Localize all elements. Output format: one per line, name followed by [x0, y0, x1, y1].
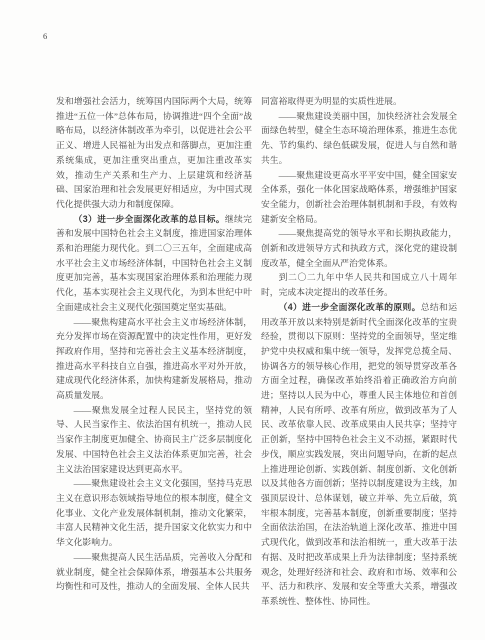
paragraph: 发和增强社会活力，统筹国内国际两个大局，统筹推进“五位一体”总体布局，协调推进“…: [56, 94, 252, 212]
text-columns: 发和增强社会活力，统筹国内国际两个大局，统筹推进“五位一体”总体布局，协调推进“…: [56, 94, 457, 609]
paragraph: ——聚焦提高人民生活品质，完善收入分配和就业制度，健全社会保障体系，增强基本公共…: [56, 550, 252, 594]
right-column: 同富裕取得更为明显的实质性进展。——聚焦建设美丽中国，加快经济社会发展全面绿色转…: [261, 94, 457, 609]
paragraph: ——聚焦建设美丽中国，加快经济社会发展全面绿色转型，健全生态环境治理体系，推进生…: [261, 109, 457, 168]
paragraph: （3）进一步全面深化改革的总目标。继续完善和发展中国特色社会主义制度，推进国家治…: [56, 212, 252, 315]
section-heading: （4）进一步全面深化改革的原则。: [279, 302, 421, 312]
paragraph: ——聚焦建设社会主义文化强国，坚持马克思主义在意识形态领域指导地位的根本制度，健…: [56, 476, 252, 550]
paragraph: ——聚焦提高党的领导水平和长期执政能力，创新和改进领导方式和执政方式，深化党的建…: [261, 226, 457, 270]
paragraph: 到二〇二九年中华人民共和国成立八十周年时，完成本决定提出的改革任务。: [261, 270, 457, 299]
left-column: 发和增强社会活力，统筹国内国际两个大局，统筹推进“五位一体”总体布局，协调推进“…: [56, 94, 252, 609]
paragraph: ——聚焦发展全过程人民民主，坚持党的领导、人民当家作主、依法治国有机统一，推动人…: [56, 403, 252, 477]
paragraph: （4）进一步全面深化改革的原则。总结和运用改革开放以来特别是新时代全面深化改革的…: [261, 300, 457, 609]
paragraph: 同富裕取得更为明显的实质性进展。: [261, 94, 457, 109]
section-heading: （3）进一步全面深化改革的总目标。: [74, 214, 225, 224]
page-number: 6: [43, 31, 47, 41]
paragraph: ——聚焦构建高水平社会主义市场经济体制，充分发挥市场在资源配置中的决定性作用，更…: [56, 315, 252, 403]
paragraph: ——聚焦建设更高水平平安中国，健全国家安全体系，强化一体化国家战略体系，增强维护…: [261, 168, 457, 227]
document-page: 6 发和增强社会活力，统筹国内国际两个大局，统筹推进“五位一体”总体布局，协调推…: [0, 0, 485, 640]
